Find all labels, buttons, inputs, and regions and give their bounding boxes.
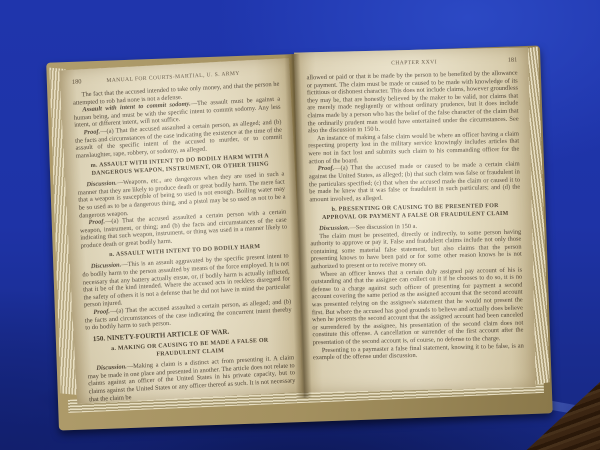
book: 180 MANUAL FOR COURTS-MARTIAL, U. S. ARM… [45,16,553,435]
paragraph-lead: Proof. [318,165,335,172]
paragraph: Proof.—(a) That the accused made or caus… [309,161,521,204]
left-page-text: The fact that the accused intended to ta… [72,81,296,404]
right-page-number: 181 [508,57,518,64]
paragraph-text: An instance of making a false claim woul… [308,130,519,165]
right-page-text: allowed or paid or that it be made by th… [307,70,524,363]
paragraph: b. PRESENTING OR CAUSING TO BE PRESENTED… [315,203,516,223]
paragraph: Where an officer knows that a certain du… [311,266,524,347]
paragraph-text: Where an officer knows that a certain du… [311,266,523,346]
paragraph-text: —(a) That the accused made or caused to … [309,161,520,203]
paragraph-text: allowed or paid or that it be made by th… [307,70,519,135]
paragraph-text: b. PRESENTING OR CAUSING TO BE PRESENTED… [322,203,509,221]
paragraph-text: The claim must be presented, directly or… [310,228,521,270]
left-page: 180 MANUAL FOR COURTS-MARTIAL, U. S. ARM… [59,58,307,404]
right-page-header: CHAPTER XXVI 181 [306,57,517,69]
photo-of-open-book: 180 MANUAL FOR COURTS-MARTIAL, U. S. ARM… [0,0,600,450]
header-spacer [265,73,279,74]
paragraph: An instance of making a false claim woul… [308,130,520,165]
paragraph: allowed or paid or that it be made by th… [307,70,519,136]
paragraph: The claim must be presented, directly or… [310,228,522,271]
paragraph-lead: Discussion. [319,224,350,232]
left-page-number: 180 [72,78,82,86]
right-page: CHAPTER XXVI 181 allowed or paid or that… [294,47,536,392]
right-running-title: CHAPTER XXVI [320,58,507,68]
